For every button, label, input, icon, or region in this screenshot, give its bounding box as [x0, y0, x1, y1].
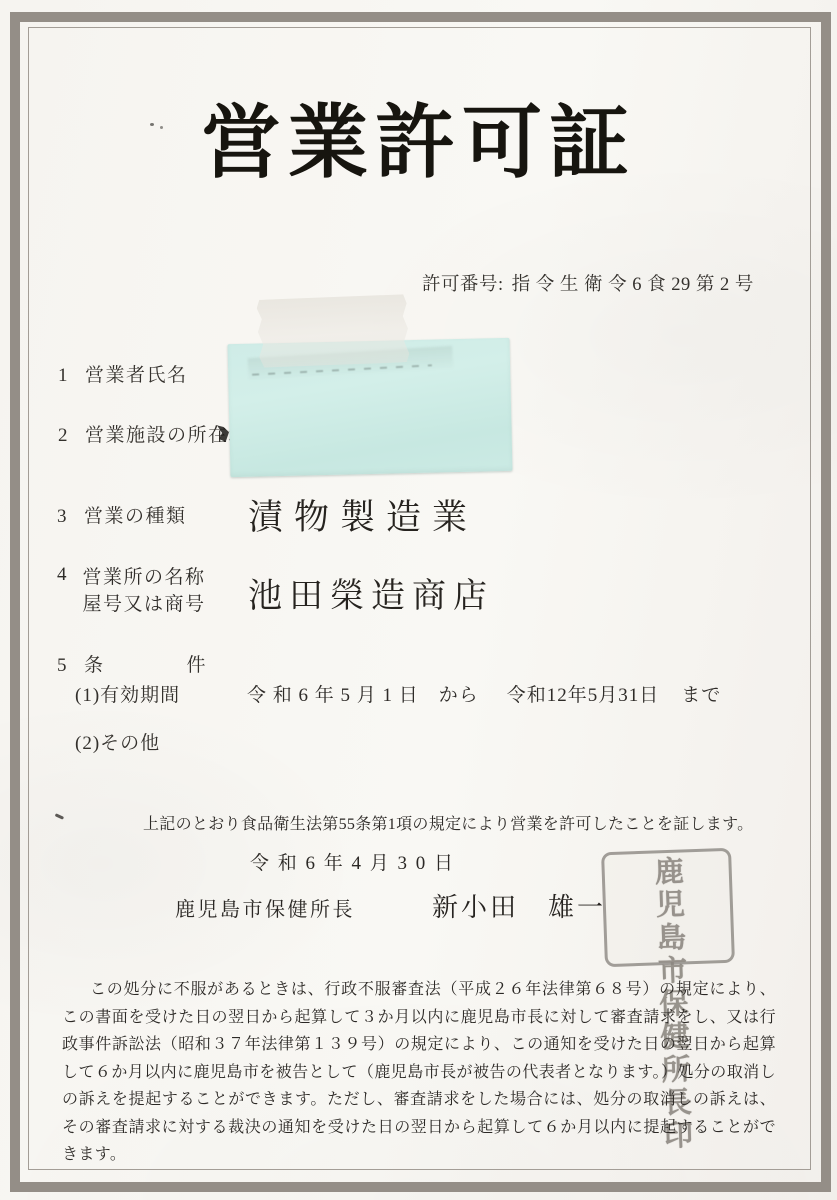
field-business-type: 3営業の種類: [57, 501, 187, 528]
condition-other-label: (2)その他: [75, 728, 160, 755]
field-number: 3: [57, 506, 68, 527]
validity-to-date: 令和12年5月31日: [507, 685, 660, 706]
issue-date: 令 和 6 年 4 月 3 0 日: [250, 848, 455, 875]
field-number: 2: [58, 425, 69, 446]
field-label: 営業の種類: [84, 506, 187, 527]
scan-speck: [160, 126, 163, 129]
adhesive-tape: [256, 292, 409, 370]
validity-from-particle: から: [439, 685, 479, 706]
field-label-line1: 営業所の名称: [83, 564, 206, 591]
condition-validity-label: (1)有効期間: [75, 680, 180, 707]
field-number: 1: [58, 365, 69, 386]
certification-statement: 上記のとおり食品衛生法第55条第1項の規定により営業を許可したことを証します。: [143, 811, 753, 834]
field-number: 4: [57, 564, 67, 618]
field-premises-address: 2営業施設の所在地: [58, 420, 249, 447]
permit-number-value: 指 令 生 衛 令 6 食 29 第 2 号: [512, 275, 754, 295]
permit-number-line: 許可番号:指 令 生 衛 令 6 食 29 第 2 号: [422, 270, 754, 296]
field-label-two-lines: 営業所の名称 屋号又は商号: [83, 564, 206, 618]
field-label: 条 件: [84, 655, 207, 676]
field-label: 営業者氏名: [85, 365, 188, 386]
issuer-title: 鹿児島市保健所長: [175, 893, 355, 922]
field-operator-name: 1営業者氏名: [58, 360, 188, 387]
field-conditions: 5条 件: [57, 650, 207, 677]
validity-from-date: 令 和 6 年 5 月 1 日: [247, 685, 419, 706]
scanned-permit-document: 営業許可証 許可番号:指 令 生 衛 令 6 食 29 第 2 号 1営業者氏名…: [0, 0, 837, 1200]
business-name-value: 池田榮造商店: [248, 568, 494, 617]
scan-speck: [150, 123, 154, 126]
official-seal-stamp: 鹿児島市保健所長印: [601, 848, 735, 967]
seal-text: 鹿児島市保健所長印: [646, 855, 690, 960]
field-label-line2: 屋号又は商号: [83, 591, 206, 618]
validity-to-particle: まで: [681, 685, 721, 706]
permit-number-label: 許可番号:: [422, 275, 504, 295]
appeal-rights-notice: この処分に不服があるときは、行政不服審査法（平成２６年法律第６８号）の規定により…: [62, 976, 776, 1169]
business-type-value: 漬物製造業: [248, 490, 478, 540]
field-business-name: 4 営業所の名称 屋号又は商号: [57, 564, 206, 618]
field-number: 5: [57, 655, 68, 676]
document-title: 営業許可証: [0, 100, 837, 188]
condition-validity-value: 令 和 6 年 5 月 1 日から令和12年5月31日まで: [247, 680, 721, 707]
issuer-name: 新小田 雄一: [432, 887, 606, 924]
